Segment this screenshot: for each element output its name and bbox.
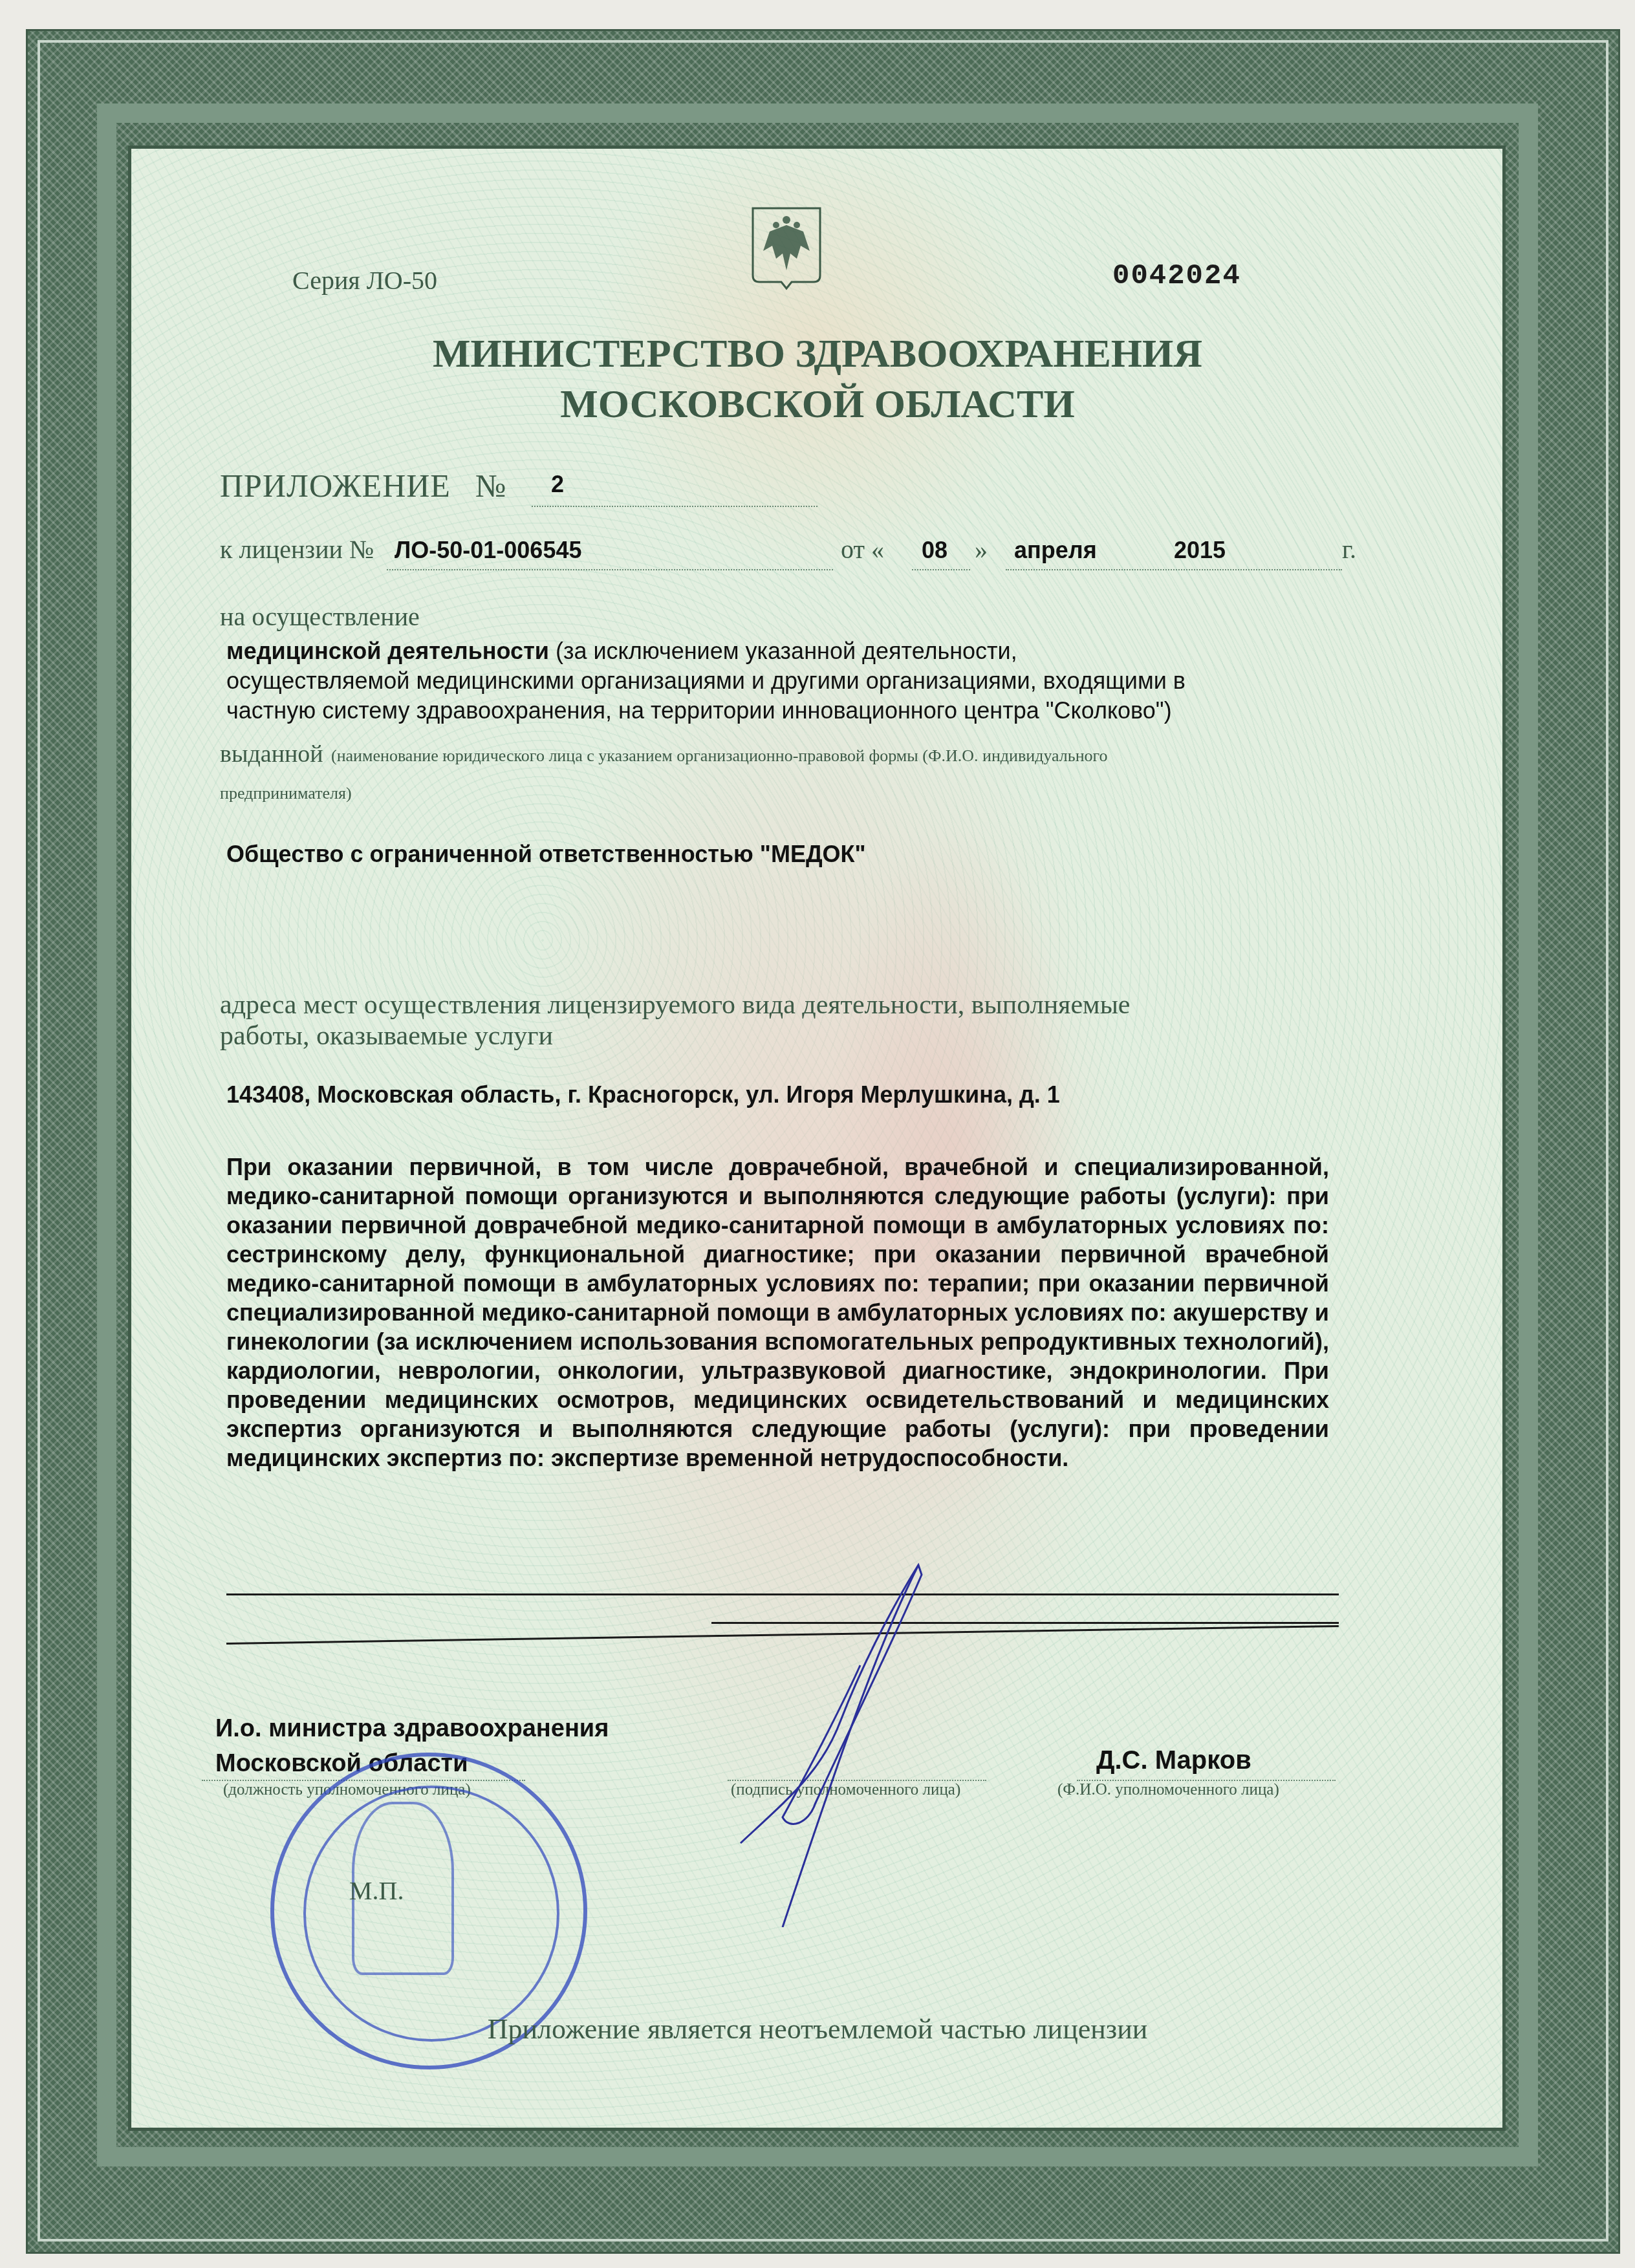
services-list: При оказании первичной, в том числе довр… <box>226 1152 1329 1473</box>
appendix-title: ПРИЛОЖЕНИЕ <box>220 468 451 504</box>
license-close-quote: » <box>975 534 988 565</box>
number-sign: № <box>475 468 506 504</box>
handwritten-signature-icon <box>711 1526 1294 1927</box>
license-year: 2015 <box>1174 537 1226 564</box>
appendix-number: 2 <box>551 471 564 498</box>
authority-title-line2: МОСКОВСКОЙ ОБЛАСТИ <box>0 382 1635 427</box>
organization-name: Общество с ограниченной ответственностью… <box>226 841 866 868</box>
seal-place-label: М.П. <box>349 1875 404 1906</box>
coat-of-arms-icon <box>750 206 823 291</box>
issued-to-caption-line1: (наименование юридического лица с указан… <box>331 746 1108 766</box>
series-label: Серия ЛО-50 <box>292 265 437 296</box>
activity-label: на осуществление <box>220 601 420 632</box>
addresses-label-line1: адреса мест осуществления лицензируемого… <box>220 989 1131 1021</box>
license-year-suffix: г. <box>1342 534 1356 565</box>
signer-position-line1: И.о. министра здравоохранения <box>215 1715 609 1743</box>
addresses-label-line2: работы, оказываемые услуги <box>220 1021 553 1052</box>
license-date-underline <box>1006 569 1342 570</box>
authority-title-line1: МИНИСТЕРСТВО ЗДРАВООХРАНЕНИЯ <box>0 331 1635 377</box>
license-month: апреля <box>1014 537 1097 564</box>
license-number: ЛО-50-01-006545 <box>395 537 581 564</box>
activity-line-1: медицинской деятельности (за исключением… <box>226 638 1017 665</box>
blank-number: 0042024 <box>1112 260 1241 292</box>
license-prefix: к лицензии № <box>220 534 374 565</box>
license-from-label: от « <box>841 534 884 565</box>
activity-address: 143408, Московская область, г. Красногор… <box>226 1081 1060 1108</box>
issued-to-label: выданной <box>220 740 323 768</box>
issued-to-caption-line2: предпринимателя) <box>220 784 352 803</box>
activity-note: (за исключением указанной деятельности, <box>549 638 1017 664</box>
license-day-underline <box>912 569 970 570</box>
license-day: 08 <box>922 537 947 564</box>
activity-type: медицинской деятельности <box>226 638 549 664</box>
activity-line-2: осуществляемой медицинскими организациям… <box>226 667 1186 695</box>
footer-note: Приложение является неотъемлемой частью … <box>0 2013 1635 2046</box>
appendix-label: ПРИЛОЖЕНИЕ № <box>220 467 506 504</box>
license-number-underline <box>387 569 833 570</box>
appendix-number-underline <box>532 506 817 507</box>
activity-line-3: частную систему здравоохранения, на терр… <box>226 697 1172 724</box>
